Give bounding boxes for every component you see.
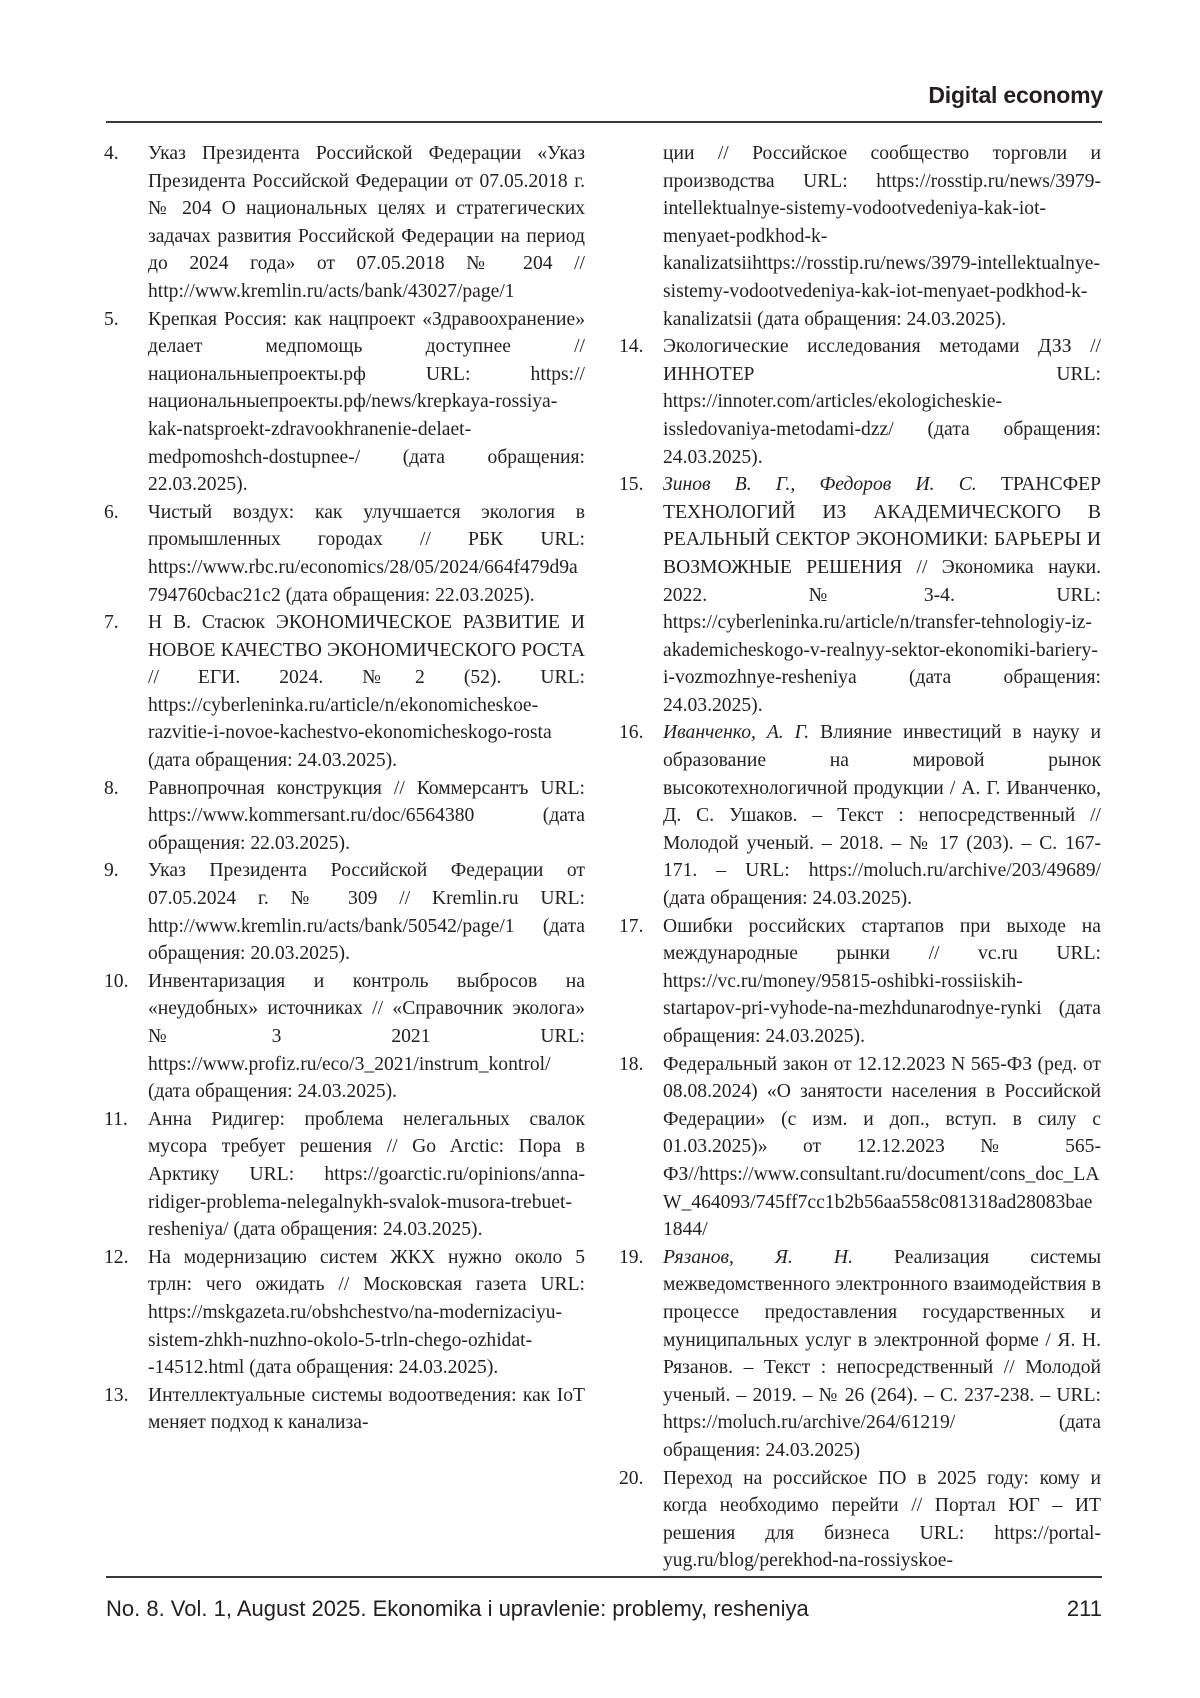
reference-author: Зинов В. Г., Федоров И. С. [663,474,977,495]
reference-number: 18. [619,1051,663,1244]
running-head-section-title: Digital economy [928,82,1103,109]
reference-text: Зинов В. Г., Федоров И. С. ТРАНСФЕР ТЕХН… [663,471,1101,719]
reference-item: 7.Н В. Стасюк ЭКОНОМИЧЕСКОЕ РАЗВИТИЕ И Н… [104,609,585,775]
reference-body: Федеральный закон от 12.12.2023 N 565-ФЗ… [663,1054,1101,1241]
reference-text: Инвентаризация и контроль выбросов на «н… [148,968,585,1106]
footer-rule [106,1576,1102,1578]
reference-item: ции // Российское сообщество торговли и … [619,140,1101,333]
reference-body: Указ Президента Российской Федерации от … [148,860,585,964]
reference-body: Чистый воздух: как улучшается экология в… [148,502,585,606]
reference-item: 16.Иванченко, А. Г. Влияние инвестиций в… [619,719,1101,912]
reference-text: Указ Президента Российской Федерации от … [148,857,585,967]
reference-text: Н В. Стасюк ЭКОНОМИЧЕСКОЕ РАЗВИТИЕ И НОВ… [148,609,585,775]
page-number: 211 [1067,1596,1102,1622]
reference-author: Иванченко, А. Г. [663,722,809,743]
reference-body: На модернизацию систем ЖКХ нужно около 5… [148,1247,585,1378]
journal-info: No. 8. Vol. 1, August 2025. Ekonomika i … [106,1596,809,1622]
reference-body: Крепкая Россия: как нацпроект «Здравоохр… [148,309,585,496]
reference-body: Инвентаризация и контроль выбросов на «н… [148,971,585,1102]
reference-text: Интеллектуальные системы водоотведения: … [148,1382,585,1437]
reference-item: 5.Крепкая Россия: как нацпроект «Здравоо… [104,306,585,499]
reference-number: 15. [619,471,663,719]
reference-text: Переход на российское ПО в 2025 году: ко… [663,1465,1101,1575]
reference-body: Реализация системы межведомственного эле… [663,1247,1101,1461]
reference-number: 12. [104,1244,148,1382]
reference-item: 9.Указ Президента Российской Федерации о… [104,857,585,967]
reference-text: Равнопрочная конструкция // Коммерсантъ … [148,775,585,858]
reference-item: 20.Переход на российское ПО в 2025 году:… [619,1465,1101,1575]
reference-body: ТРАНСФЕР ТЕХНОЛОГИЙ ИЗ АКАДЕМИЧЕСКОГО В … [663,474,1101,716]
reference-item: 13.Интеллектуальные системы водоотведени… [104,1382,585,1437]
page-footer: No. 8. Vol. 1, August 2025. Ekonomika i … [106,1596,1102,1622]
reference-body: Влияние инвестиций в науку и образование… [663,722,1101,909]
reference-number: 7. [104,609,148,775]
reference-number: 9. [104,857,148,967]
reference-body: Экологические исследования методами ДЗЗ … [663,336,1101,467]
reference-number: 19. [619,1244,663,1465]
reference-number: 16. [619,719,663,912]
reference-item: 17.Ошибки российских стартапов при выход… [619,913,1101,1051]
reference-item: 18.Федеральный закон от 12.12.2023 N 565… [619,1051,1101,1244]
reference-text: ции // Российское сообщество торговли и … [663,140,1101,333]
reference-body: Анна Ридигер: проблема нелегальных свало… [148,1109,585,1240]
reference-number: 17. [619,913,663,1051]
reference-item: 15.Зинов В. Г., Федоров И. С. ТРАНСФЕР Т… [619,471,1101,719]
reference-text: Крепкая Россия: как нацпроект «Здравоохр… [148,306,585,499]
reference-number: 4. [104,140,148,306]
reference-text: Чистый воздух: как улучшается экология в… [148,499,585,609]
reference-item: 11.Анна Ридигер: проблема нелегальных св… [104,1106,585,1244]
reference-item: 12.На модернизацию систем ЖКХ нужно окол… [104,1244,585,1382]
reference-body: Указ Президента Российской Федерации «Ук… [148,143,585,302]
reference-number: 6. [104,499,148,609]
reference-text: Экологические исследования методами ДЗЗ … [663,333,1101,471]
reference-text: На модернизацию систем ЖКХ нужно около 5… [148,1244,585,1382]
reference-number: 5. [104,306,148,499]
reference-body: Равнопрочная конструкция // Коммерсантъ … [148,778,585,854]
reference-number: 14. [619,333,663,471]
reference-number: 11. [104,1106,148,1244]
reference-body: Интеллектуальные системы водоотведения: … [148,1385,585,1434]
reference-item: 4.Указ Президента Российской Федерации «… [104,140,585,306]
reference-body: Н В. Стасюк ЭКОНОМИЧЕСКОЕ РАЗВИТИЕ И НОВ… [148,612,585,771]
reference-text: Указ Президента Российской Федерации «Ук… [148,140,585,306]
reference-number: 8. [104,775,148,858]
reference-body: ции // Российское сообщество торговли и … [663,143,1101,330]
reference-item: 6.Чистый воздух: как улучшается экология… [104,499,585,609]
reference-number: 10. [104,968,148,1106]
reference-author: Рязанов, Я. Н. [663,1247,853,1268]
reference-item: 19.Рязанов, Я. Н. Реализация системы меж… [619,1244,1101,1465]
reference-text: Ошибки российских стартапов при выходе н… [663,913,1101,1051]
reference-text: Федеральный закон от 12.12.2023 N 565-ФЗ… [663,1051,1101,1244]
reference-item: 10.Инвентаризация и контроль выбросов на… [104,968,585,1106]
reference-body: Ошибки российских стартапов при выходе н… [663,916,1101,1047]
reference-number: 13. [104,1382,148,1437]
reference-text: Иванченко, А. Г. Влияние инвестиций в на… [663,719,1101,912]
references-left-column: 4.Указ Президента Российской Федерации «… [104,140,585,1437]
reference-number: 20. [619,1465,663,1575]
reference-text: Анна Ридигер: проблема нелегальных свало… [148,1106,585,1244]
reference-body: Переход на российское ПО в 2025 году: ко… [663,1468,1101,1572]
header-rule [106,121,1102,123]
references-right-column: ции // Российское сообщество торговли и … [619,140,1101,1575]
reference-item: 8.Равнопрочная конструкция // Коммерсант… [104,775,585,858]
reference-item: 14.Экологические исследования методами Д… [619,333,1101,471]
reference-text: Рязанов, Я. Н. Реализация системы межвед… [663,1244,1101,1465]
